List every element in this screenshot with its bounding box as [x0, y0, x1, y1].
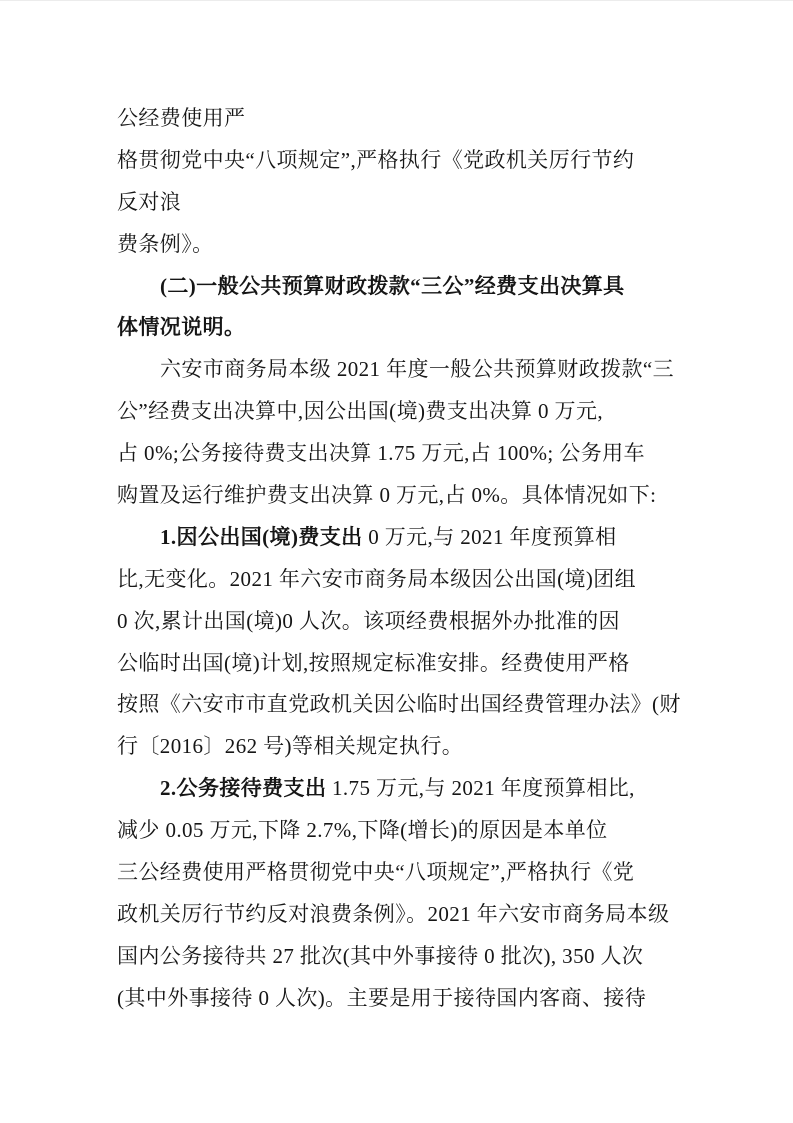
- text-run: 0 次,累计出国(境)0 人次。该项经费根据外办批准的因: [117, 609, 620, 633]
- bold-text-run: (二)一般公共预算财政拨款“三公”经费支出决算具: [160, 274, 625, 298]
- text-run: 减少 0.05 万元,下降 2.7%,下降(增长)的原因是本单位: [117, 818, 608, 842]
- text-line: 格贯彻党中央“八项规定”,严格执行《党政机关厉行节约: [117, 140, 677, 182]
- text-run: 购置及运行维护费支出决算 0 万元,占 0%。具体情况如下:: [117, 483, 656, 507]
- text-line: (其中外事接待 0 人次)。主要是用于接待国内客商、接待: [117, 978, 677, 1020]
- text-run: 公经费使用严: [117, 106, 245, 130]
- text-run: 占 0%;公务接待费支出决算 1.75 万元,占 100%; 公务用车: [117, 441, 645, 465]
- document-page: 公经费使用严格贯彻党中央“八项规定”,严格执行《党政机关厉行节约反对浪费条例》。…: [0, 0, 793, 1123]
- bold-text-run: 体情况说明。: [117, 315, 245, 339]
- text-run: 比,无变化。2021 年六安市商务局本级因公出国(境)团组: [117, 567, 636, 591]
- text-line: (二)一般公共预算财政拨款“三公”经费支出决算具: [117, 266, 677, 308]
- text-line: 六安市商务局本级 2021 年度一般公共预算财政拨款“三: [117, 349, 677, 391]
- text-run: (其中外事接待 0 人次)。主要是用于接待国内客商、接待: [117, 986, 646, 1010]
- text-run: 三公经费使用严格贯彻党中央“八项规定”,严格执行《党: [117, 860, 634, 884]
- text-run: 格贯彻党中央“八项规定”,严格执行《党政机关厉行节约: [117, 148, 634, 172]
- document-body: 公经费使用严格贯彻党中央“八项规定”,严格执行《党政机关厉行节约反对浪费条例》。…: [117, 98, 677, 1020]
- text-line: 行〔2016〕262 号)等相关规定执行。: [117, 726, 677, 768]
- bold-text-run: 2.公务接待费支出: [160, 776, 326, 800]
- text-line: 按照《六安市市直党政机关因公临时出国经费管理办法》(财: [117, 684, 677, 726]
- text-line: 三公经费使用严格贯彻党中央“八项规定”,严格执行《党: [117, 852, 677, 894]
- text-run: 反对浪: [117, 190, 181, 214]
- text-run: 国内公务接待共 27 批次(其中外事接待 0 批次), 350 人次: [117, 944, 643, 968]
- text-line: 0 次,累计出国(境)0 人次。该项经费根据外办批准的因: [117, 601, 677, 643]
- text-line: 反对浪: [117, 182, 677, 224]
- text-line: 费条例》。: [117, 224, 677, 266]
- text-line: 政机关厉行节约反对浪费条例》。2021 年六安市商务局本级: [117, 894, 677, 936]
- text-run: 费条例》。: [117, 232, 214, 256]
- text-line: 1.因公出国(境)费支出 0 万元,与 2021 年度预算相: [117, 517, 677, 559]
- bold-text-run: 1.因公出国(境)费支出: [160, 525, 363, 549]
- text-line: 2.公务接待费支出 1.75 万元,与 2021 年度预算相比,: [117, 768, 677, 810]
- text-line: 购置及运行维护费支出决算 0 万元,占 0%。具体情况如下:: [117, 475, 677, 517]
- text-run: 政机关厉行节约反对浪费条例》。2021 年六安市商务局本级: [117, 902, 669, 926]
- text-line: 公临时出国(境)计划,按照规定标准安排。经费使用严格: [117, 643, 677, 685]
- text-line: 公”经费支出决算中,因公出国(境)费支出决算 0 万元,: [117, 391, 677, 433]
- text-line: 国内公务接待共 27 批次(其中外事接待 0 批次), 350 人次: [117, 936, 677, 978]
- text-run: 六安市商务局本级 2021 年度一般公共预算财政拨款“三: [160, 357, 674, 381]
- text-line: 公经费使用严: [117, 98, 677, 140]
- text-run: 行〔2016〕262 号)等相关规定执行。: [117, 734, 463, 758]
- text-line: 体情况说明。: [117, 307, 677, 349]
- text-line: 占 0%;公务接待费支出决算 1.75 万元,占 100%; 公务用车: [117, 433, 677, 475]
- text-run: 按照《六安市市直党政机关因公临时出国经费管理办法》(财: [117, 692, 681, 716]
- text-run: 公临时出国(境)计划,按照规定标准安排。经费使用严格: [117, 651, 630, 675]
- text-run: 公”经费支出决算中,因公出国(境)费支出决算 0 万元,: [117, 399, 603, 423]
- text-line: 比,无变化。2021 年六安市商务局本级因公出国(境)团组: [117, 559, 677, 601]
- text-run: 1.75 万元,与 2021 年度预算相比,: [326, 776, 634, 800]
- text-line: 减少 0.05 万元,下降 2.7%,下降(增长)的原因是本单位: [117, 810, 677, 852]
- text-run: 0 万元,与 2021 年度预算相: [363, 525, 617, 549]
